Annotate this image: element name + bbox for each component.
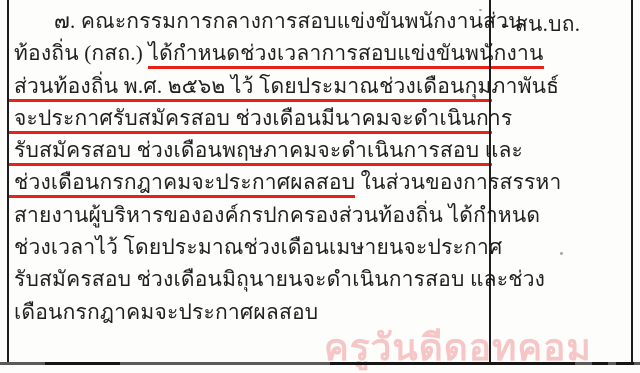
table-border-bottom-segment bbox=[592, 362, 608, 365]
line-text: รับสมัครสอบ ช่วงเดือนมิถุนายนจะดำเนินการ… bbox=[14, 267, 545, 291]
paragraph-line: เดือนกรกฎาคมจะประกาศผลสอบ bbox=[14, 296, 489, 328]
paragraph-line: ๗. คณะกรรมการกลางการสอบแข่งขันพนักงานส่ว… bbox=[14, 5, 489, 37]
table-border-bottom-segment bbox=[45, 362, 120, 365]
line-text: สายงานผู้บริหารขององค์กรปกครองส่วนท้องถิ… bbox=[14, 203, 540, 227]
table-border-left bbox=[7, 0, 9, 365]
paragraph-line: ช่วงเดือนกรกฎาคมจะประกาศผลสอบ ในส่วนของก… bbox=[14, 166, 489, 198]
paragraph-line: ส่วนท้องถิ่น พ.ศ. ๒๕๖๒ ไว้ โดยประมาณช่วง… bbox=[14, 70, 489, 102]
paragraph-cell: ๗. คณะกรรมการกลางการสอบแข่งขันพนักงานส่ว… bbox=[9, 5, 489, 328]
line-text: จะประกาศรับสมัครสอบ ช่วงเดือนมีนาคมจะดำเ… bbox=[14, 106, 512, 130]
paragraph-line: รับสมัครสอบ ช่วงเดือนมิถุนายนจะดำเนินการ… bbox=[14, 263, 489, 295]
table-border-bottom-segment bbox=[330, 362, 575, 365]
line-text: ท้องถิ่น (กสถ.) bbox=[14, 41, 148, 65]
table-column-divider bbox=[489, 0, 491, 365]
line-text: เดือนกรกฎาคมจะประกาศผลสอบ bbox=[14, 300, 318, 324]
paragraph-line: ท้องถิ่น (กสถ.) ได้กำหนดช่วงเวลาการสอบแข… bbox=[14, 37, 489, 69]
paragraph-line: รับสมัครสอบ ช่วงเดือนพฤษภาคมจะดำเนินการส… bbox=[14, 134, 489, 166]
table-border-bottom-segment bbox=[616, 362, 634, 365]
agency-note: - สน.บถ. bbox=[502, 9, 580, 39]
line-text-underlined: ได้กำหนดช่วงเวลาการสอบแข่งขันพนักงาน bbox=[148, 41, 543, 69]
line-text: รับสมัครสอบ ช่วงเดือนพฤษภาคมจะดำเนินการส… bbox=[14, 138, 523, 162]
paragraph-line: สายงานผู้บริหารขององค์กรปกครองส่วนท้องถิ… bbox=[14, 199, 489, 231]
line-text-underlined: ช่วงเดือนกรกฎาคมจะประกาศผลสอบ bbox=[9, 170, 355, 198]
paragraph-line: ช่วงเวลาไว้ โดยประมาณช่วงเดือนเมษายนจะปร… bbox=[14, 231, 489, 263]
paragraph-line: จะประกาศรับสมัครสอบ ช่วงเดือนมีนาคมจะดำเ… bbox=[14, 102, 489, 134]
line-text: ช่วงเวลาไว้ โดยประมาณช่วงเดือนเมษายนจะปร… bbox=[14, 235, 502, 259]
line-text: ส่วนท้องถิ่น พ.ศ. ๒๕๖๒ ไว้ โดยประมาณช่วง… bbox=[14, 74, 559, 98]
table-border-right bbox=[631, 0, 633, 365]
line-text: ๗. คณะกรรมการกลางการสอบแข่งขันพนักงานส่ว… bbox=[54, 9, 523, 33]
agency-cell: - สน.บถ. bbox=[492, 0, 631, 362]
scanned-document-page: ครูวันดีดอทคอม ๗. คณะกรรมการกลางการสอบแข… bbox=[0, 0, 640, 373]
